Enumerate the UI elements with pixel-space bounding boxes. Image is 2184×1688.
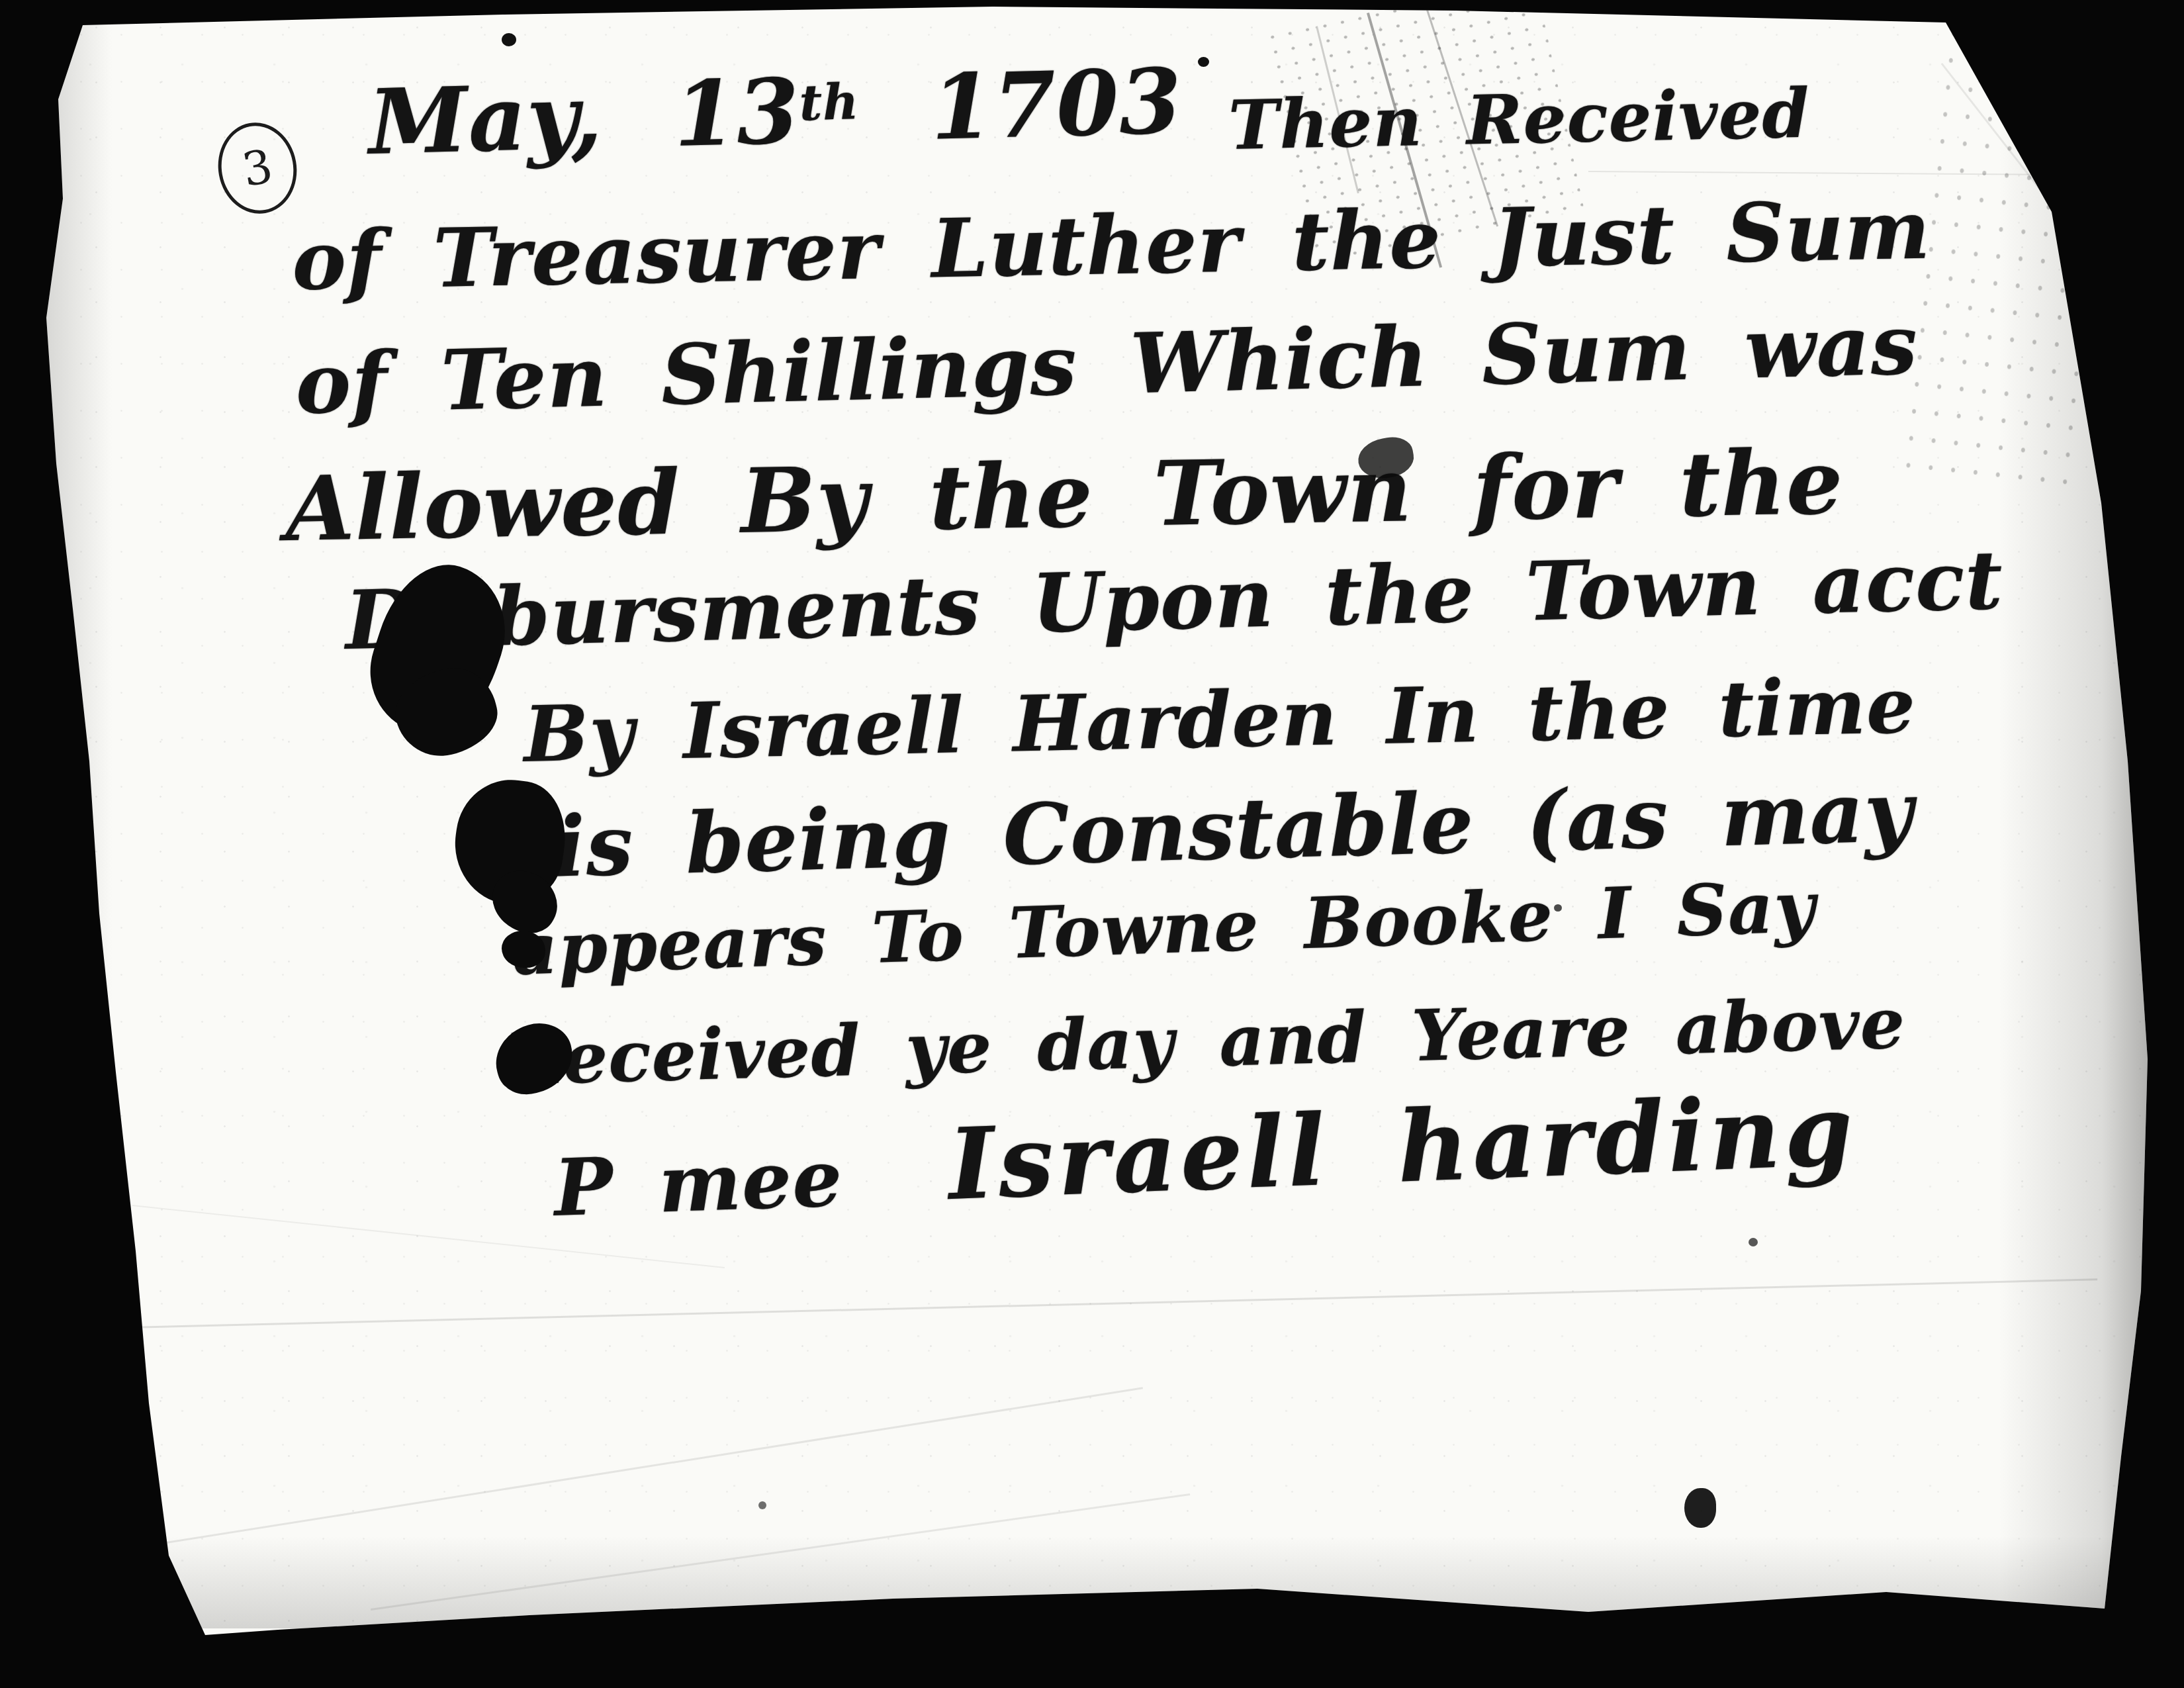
page-number: 3 bbox=[238, 139, 277, 197]
scanned-document: 3 May, 13th 1703 Then Received of Treasu… bbox=[0, 0, 2184, 1688]
paper: 3 May, 13th 1703 Then Received of Treasu… bbox=[0, 0, 2184, 1688]
handwritten-line: By Israell Harden In the time bbox=[523, 661, 1917, 780]
handwritten-date: May, 13th 1703 bbox=[367, 48, 1183, 175]
handwritten-signature: Israell harding bbox=[946, 1072, 1858, 1222]
ink-speck bbox=[758, 1501, 766, 1509]
ink-speck bbox=[1749, 1238, 1758, 1246]
ink-speck bbox=[502, 33, 516, 46]
date-month: May, bbox=[367, 64, 604, 175]
ink-blot bbox=[502, 931, 545, 968]
paper-crease bbox=[99, 1278, 2097, 1329]
ink-blot bbox=[1684, 1488, 1716, 1528]
handwritten-line: of Treasurer Luther the Just Sum bbox=[291, 181, 1931, 308]
handwritten-line: of Ten Shillings Which Sum was bbox=[295, 297, 1919, 433]
ink-speck bbox=[599, 491, 606, 498]
ink-speck bbox=[1198, 57, 1209, 67]
date-day-suffix: th bbox=[799, 72, 860, 132]
handwritten-line-opening: Then Received bbox=[1228, 74, 1811, 165]
scan-edge-shadow-bottom bbox=[0, 1536, 2184, 1628]
scan-edge-shadow-left bbox=[0, 0, 113, 1688]
page-number-annotation: 3 bbox=[211, 117, 304, 220]
handwritten-closing-prefix: P mee bbox=[553, 1132, 844, 1234]
ink-speck bbox=[1554, 904, 1562, 912]
date-year: 1703 bbox=[929, 48, 1183, 160]
date-day: 13 bbox=[672, 58, 801, 167]
